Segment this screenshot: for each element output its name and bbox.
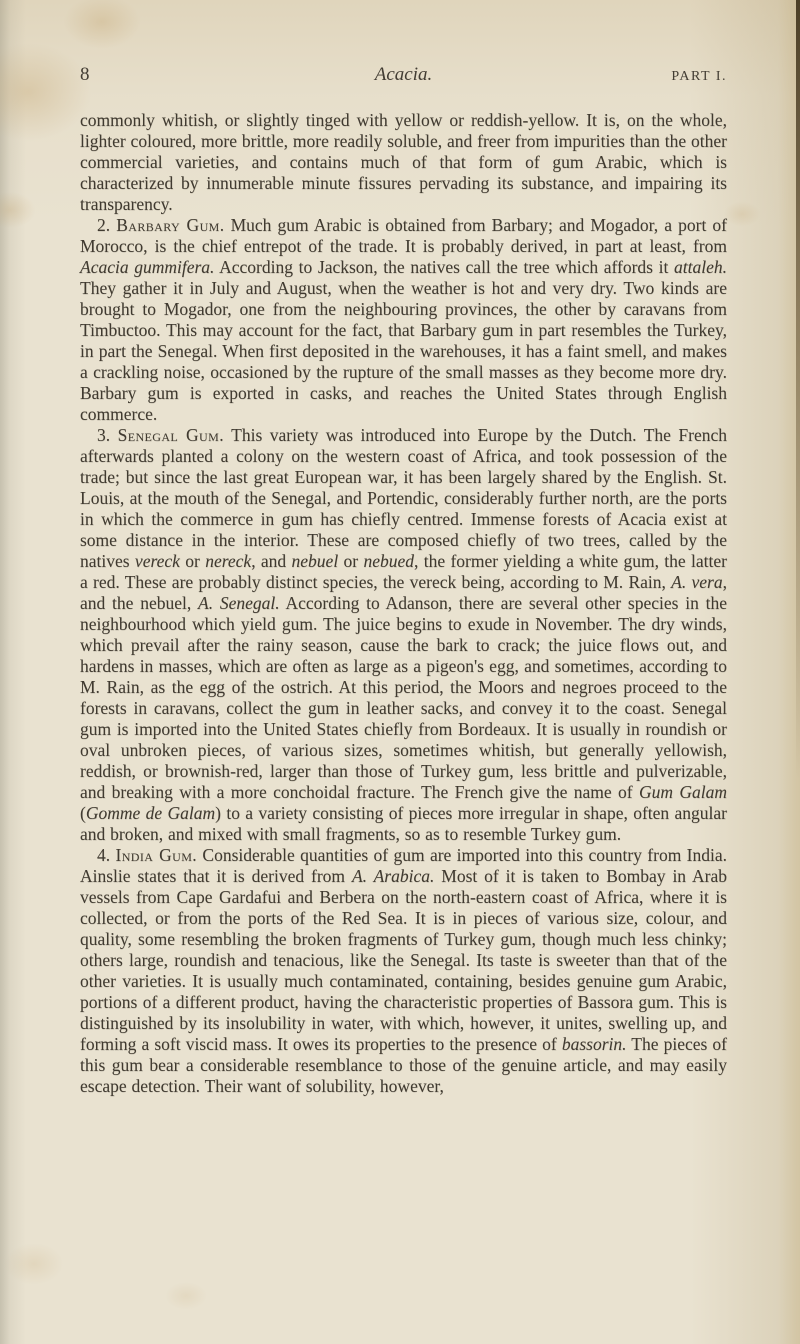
- text-segment-italic: bassorin.: [562, 1034, 627, 1054]
- part-label: PART I.: [667, 69, 727, 85]
- book-page-scan: 8 Acacia. PART I. commonly whitish, or s…: [0, 0, 800, 1344]
- page-right-edge-shadow: [796, 0, 800, 780]
- text-segment-plain: 2.: [97, 215, 116, 235]
- text-segment-italic: Gum Galam: [639, 782, 727, 802]
- text-segment-plain: According to Adanson, there are several …: [80, 593, 727, 802]
- text-segment-smallcaps: Barbary Gum.: [116, 215, 224, 235]
- paragraph-barbary-gum: 2. Barbary Gum. Much gum Arabic is obtai…: [80, 215, 727, 425]
- text-segment-italic: nebuel: [292, 551, 339, 571]
- page-header: 8 Acacia. PART I.: [80, 64, 727, 86]
- text-segment-italic: A. Arabica.: [352, 866, 434, 886]
- page-number: 8: [80, 64, 140, 86]
- paragraph-senegal-gum: 3. Senegal Gum. This variety was introdu…: [80, 425, 727, 845]
- text-segment-italic: vereck: [135, 551, 180, 571]
- text-segment-plain: According to Jackson, the natives call t…: [214, 257, 674, 277]
- text-segment-plain: 4.: [97, 845, 116, 865]
- paragraph-india-gum: 4. India Gum. Considerable quantities of…: [80, 845, 727, 1097]
- page-body-text: commonly whitish, or slightly tinged wit…: [80, 110, 727, 1097]
- paragraph-turkey-gum-continuation: commonly whitish, or slightly tinged wit…: [80, 110, 727, 215]
- text-segment-plain: or: [338, 551, 363, 571]
- text-segment-plain: This variety was introduced into Europe …: [80, 425, 727, 571]
- text-segment-plain: 3.: [97, 425, 118, 445]
- text-segment-plain: commonly whitish, or slightly tinged wit…: [80, 110, 727, 214]
- text-segment-italic: attaleh.: [674, 257, 727, 277]
- running-title: Acacia.: [140, 64, 667, 86]
- text-segment-smallcaps: Senegal Gum.: [118, 425, 224, 445]
- text-segment-italic: Acacia gummifera.: [80, 257, 214, 277]
- text-segment-italic: A. vera: [671, 572, 722, 592]
- text-segment-italic: nebued: [363, 551, 414, 571]
- text-segment-italic: Gomme de Galam: [86, 803, 215, 823]
- text-segment-plain: , and: [251, 551, 291, 571]
- text-segment-italic: A. Senegal.: [198, 593, 280, 613]
- text-segment-plain: or: [180, 551, 205, 571]
- text-segment-smallcaps: India Gum.: [116, 845, 198, 865]
- text-segment-plain: They gather it in July and August, when …: [80, 278, 727, 424]
- text-segment-plain: Most of it is taken to Bombay in Arab ve…: [80, 866, 727, 1054]
- text-segment-italic: nereck: [205, 551, 251, 571]
